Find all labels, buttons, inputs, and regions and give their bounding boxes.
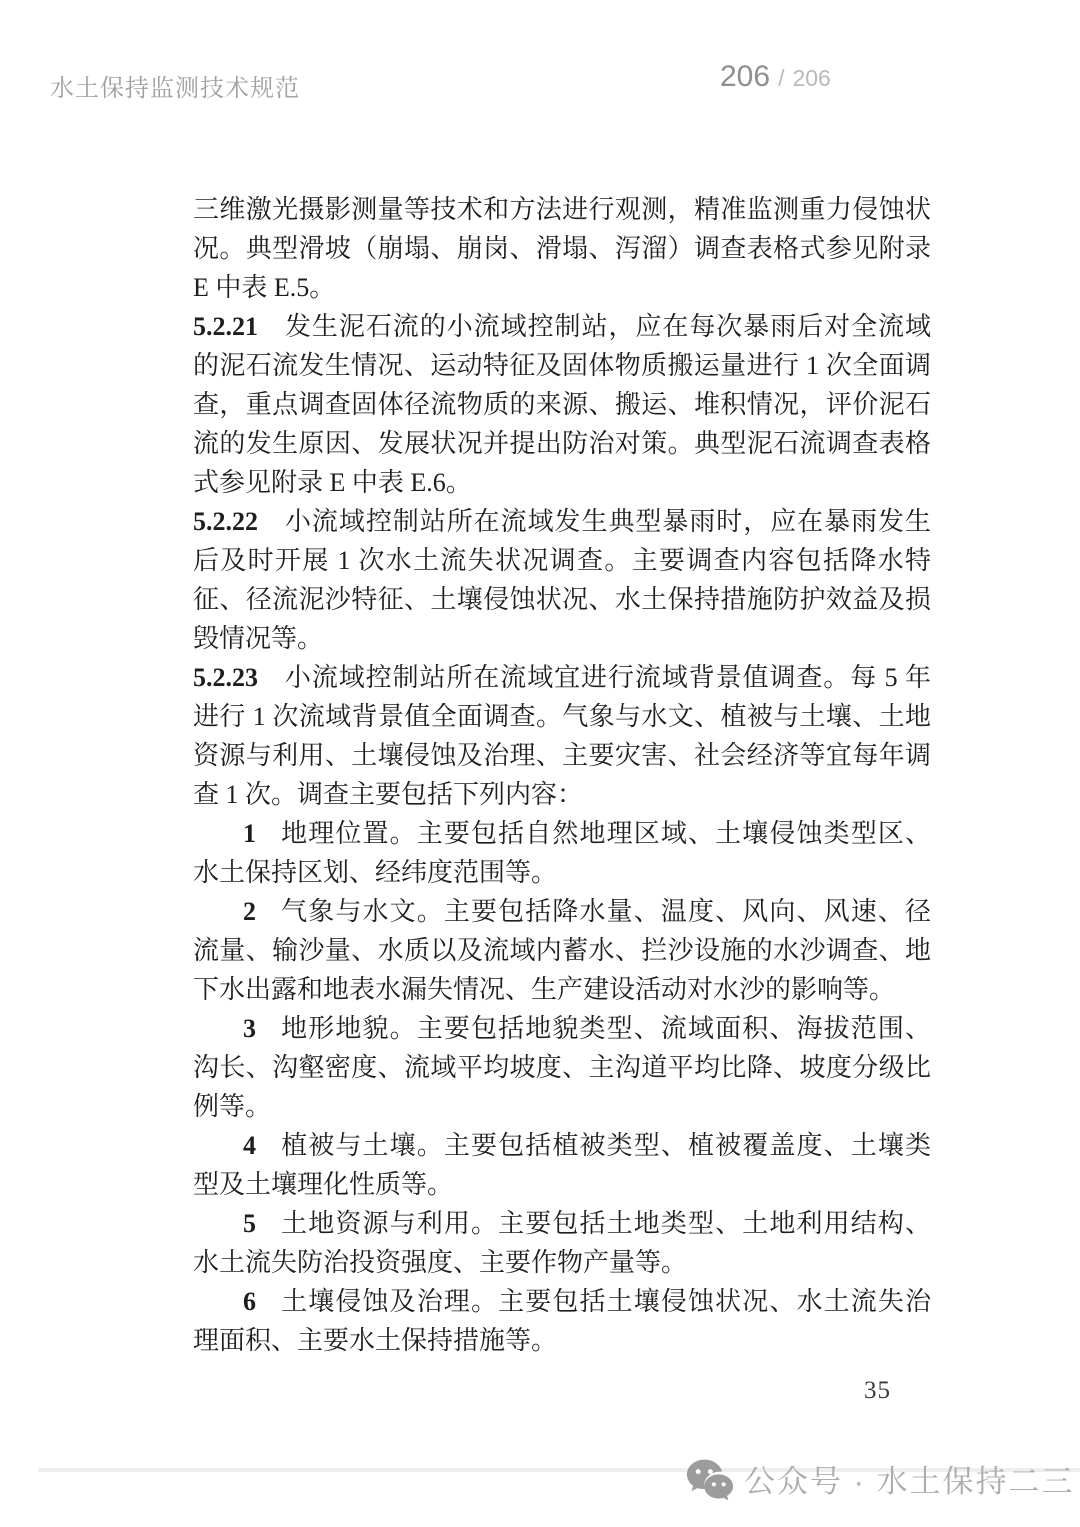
text-line: 查 1 次。调查主要包括下列内容：: [193, 775, 931, 814]
text-line: 理面积、主要水土保持措施等。: [193, 1321, 931, 1360]
item-number: 6: [243, 1287, 256, 1316]
item-first-line: 5土地资源与利用。主要包括土地类型、土地利用结构、: [193, 1204, 931, 1243]
text-line: 型及土壤理化性质等。: [193, 1165, 931, 1204]
wechat-icon: [686, 1458, 734, 1500]
text-line: 流量、输沙量、水质以及流域内蓄水、拦沙设施的水沙调查、地: [193, 931, 931, 970]
text-line: 式参见附录 E 中表 E.6。: [193, 463, 931, 502]
text-line: 地理位置。主要包括自然地理区域、土壤侵蚀类型区、: [280, 819, 931, 848]
text-line: 的泥石流发生情况、运动特征及固体物质搬运量进行 1 次全面调: [193, 346, 931, 385]
text-line: 沟长、沟壑密度、流域平均坡度、主沟道平均比降、坡度分级比: [193, 1048, 931, 1087]
page-indicator: 206 / 206: [720, 60, 831, 94]
item-number: 3: [243, 1014, 256, 1043]
text-line: 况。典型滑坡（崩塌、崩岗、滑塌、泻溜）调查表格式参见附录: [193, 229, 931, 268]
page-current: 206: [720, 60, 770, 94]
item-number: 2: [243, 897, 256, 926]
text-line: 三维激光摄影测量等技术和方法进行观测，精准监测重力侵蚀状: [193, 190, 931, 229]
item-first-line: 2气象与水文。主要包括降水量、温度、风向、风速、径: [193, 892, 931, 931]
item-first-line: 6土壤侵蚀及治理。主要包括土壤侵蚀状况、水土流失治: [193, 1282, 931, 1321]
document-page: 三维激光摄影测量等技术和方法进行观测，精准监测重力侵蚀状 况。典型滑坡（崩塌、崩…: [193, 190, 931, 1410]
item-first-line: 3地形地貌。主要包括地貌类型、流域面积、海拔范围、: [193, 1009, 931, 1048]
text-line: 水土保持区划、经纬度范围等。: [193, 853, 931, 892]
wechat-account-label: 公众号 · 水土保持二三: [744, 1456, 1075, 1501]
item-number: 4: [243, 1131, 256, 1160]
text-line: 查，重点调查固体径流物质的来源、搬运、堆积情况，评价泥石: [193, 385, 931, 424]
text-line: 土地资源与利用。主要包括土地类型、土地利用结构、: [280, 1209, 931, 1238]
section-number: 5.2.23: [193, 663, 258, 692]
text-line: 流的发生原因、发展状况并提出防治对策。典型泥石流调查表格: [193, 424, 931, 463]
text-line: 地形地貌。主要包括地貌类型、流域面积、海拔范围、: [280, 1014, 931, 1043]
text-line: 土壤侵蚀及治理。主要包括土壤侵蚀状况、水土流失治: [280, 1287, 931, 1316]
text-line: 进行 1 次流域背景值全面调查。气象与水文、植被与土壤、土地: [193, 697, 931, 736]
section-number: 5.2.22: [193, 507, 258, 536]
section-first-line: 5.2.23小流域控制站所在流域宜进行流域背景值调查。每 5 年: [193, 658, 931, 697]
section-first-line: 5.2.21发生泥石流的小流域控制站，应在每次暴雨后对全流域: [193, 307, 931, 346]
text-line: E 中表 E.5。: [193, 268, 931, 307]
text-line: 气象与水文。主要包括降水量、温度、风向、风速、径: [280, 897, 931, 926]
section-number: 5.2.21: [193, 312, 258, 341]
doc-title: 水土保持监测技术规范: [50, 68, 300, 103]
text-line: 发生泥石流的小流域控制站，应在每次暴雨后对全流域: [284, 312, 931, 341]
text-line: 后及时开展 1 次水土流失状况调查。主要调查内容包括降水特: [193, 541, 931, 580]
text-line: 植被与土壤。主要包括植被类型、植被覆盖度、土壤类: [280, 1131, 931, 1160]
text-line: 小流域控制站所在流域宜进行流域背景值调查。每 5 年: [284, 663, 931, 692]
wechat-watermark: 公众号 · 水土保持二三: [686, 1456, 1075, 1501]
text-line: 资源与利用、土壤侵蚀及治理、主要灾害、社会经济等宜每年调: [193, 736, 931, 775]
text-line: 征、径流泥沙特征、土壤侵蚀状况、水土保持措施防护效益及损: [193, 580, 931, 619]
text-line: 小流域控制站所在流域发生典型暴雨时，应在暴雨发生: [284, 507, 931, 536]
page-separator: /: [778, 65, 784, 92]
item-number: 5: [243, 1209, 256, 1238]
section-first-line: 5.2.22小流域控制站所在流域发生典型暴雨时，应在暴雨发生: [193, 502, 931, 541]
text-line: 毁情况等。: [193, 619, 931, 658]
page-total: 206: [792, 65, 830, 92]
book-page-number: 35: [193, 1371, 931, 1410]
item-number: 1: [243, 819, 256, 848]
item-first-line: 4植被与土壤。主要包括植被类型、植被覆盖度、土壤类: [193, 1126, 931, 1165]
text-line: 例等。: [193, 1087, 931, 1126]
text-line: 下水出露和地表水漏失情况、生产建设活动对水沙的影响等。: [193, 970, 931, 1009]
text-line: 水土流失防治投资强度、主要作物产量等。: [193, 1243, 931, 1282]
item-first-line: 1地理位置。主要包括自然地理区域、土壤侵蚀类型区、: [193, 814, 931, 853]
